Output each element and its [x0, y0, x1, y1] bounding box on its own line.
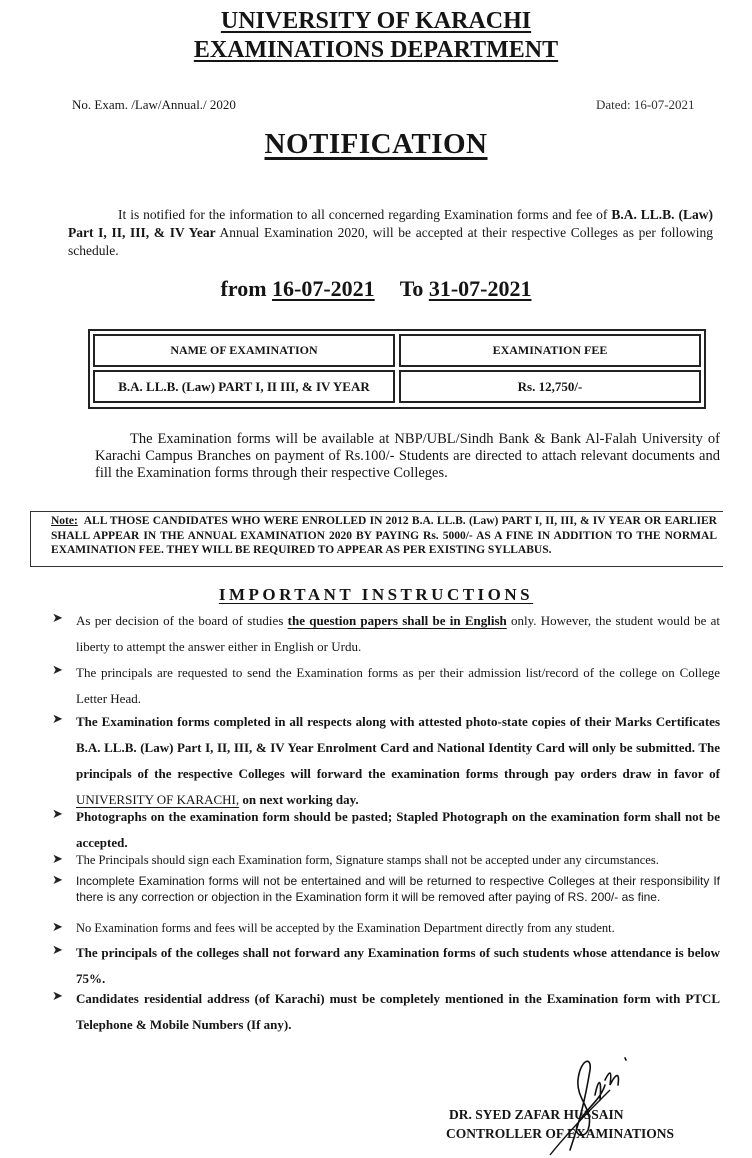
department-name: EXAMINATIONS DEPARTMENT [0, 35, 752, 65]
table-cell-exam: B.A. LL.B. (Law) PART I, II III, & IV YE… [93, 370, 395, 403]
fee-table: NAME OF EXAMINATION EXAMINATION FEE B.A.… [88, 329, 706, 409]
arrow-bullet-icon: ➤ [52, 807, 63, 822]
arrow-bullet-icon: ➤ [52, 920, 63, 935]
arrow-bullet-icon: ➤ [52, 663, 63, 678]
from-date: 16-07-2021 [272, 276, 375, 302]
to-label: To [400, 276, 424, 302]
page-title: NOTIFICATION [0, 128, 752, 161]
schedule-range: from 16-07-2021 To 31-07-2021 [0, 276, 752, 302]
to-date: 31-07-2021 [429, 276, 532, 302]
table-cell-fee: Rs. 12,750/- [399, 370, 701, 403]
arrow-bullet-icon: ➤ [52, 943, 63, 958]
arrow-bullet-icon: ➤ [52, 873, 63, 888]
signatory-title: CONTROLLER OF EXAMINATIONS [446, 1126, 674, 1142]
intro-text: It is notified for the information to al… [118, 207, 611, 222]
signatory-name: DR. SYED ZAFAR HUSSAIN [449, 1107, 624, 1123]
from-label: from [221, 276, 267, 302]
note-box: Note: ALL THOSE CANDIDATES WHO WERE ENRO… [30, 511, 723, 567]
dated: Dated: 16-07-2021 [596, 97, 695, 113]
intro-paragraph: It is notified for the information to al… [68, 206, 713, 260]
table-header-fee: EXAMINATION FEE [399, 334, 701, 367]
arrow-bullet-icon: ➤ [52, 852, 63, 867]
availability-paragraph: The Examination forms will be available … [95, 431, 720, 482]
instructions-title: IMPORTANT INSTRUCTIONS [0, 585, 752, 605]
note-label: Note: [51, 515, 78, 527]
note-text: ALL THOSE CANDIDATES WHO WERE ENROLLED I… [51, 515, 717, 556]
arrow-bullet-icon: ➤ [52, 989, 63, 1004]
arrow-bullet-icon: ➤ [52, 712, 63, 727]
university-name: UNIVERSITY OF KARACHI [0, 6, 752, 36]
emphasis-english: the question papers shall be in English [288, 613, 507, 628]
arrow-bullet-icon: ➤ [52, 611, 63, 626]
reference-number: No. Exam. /Law/Annual./ 2020 [72, 97, 236, 113]
table-header-exam: NAME OF EXAMINATION [93, 334, 395, 367]
